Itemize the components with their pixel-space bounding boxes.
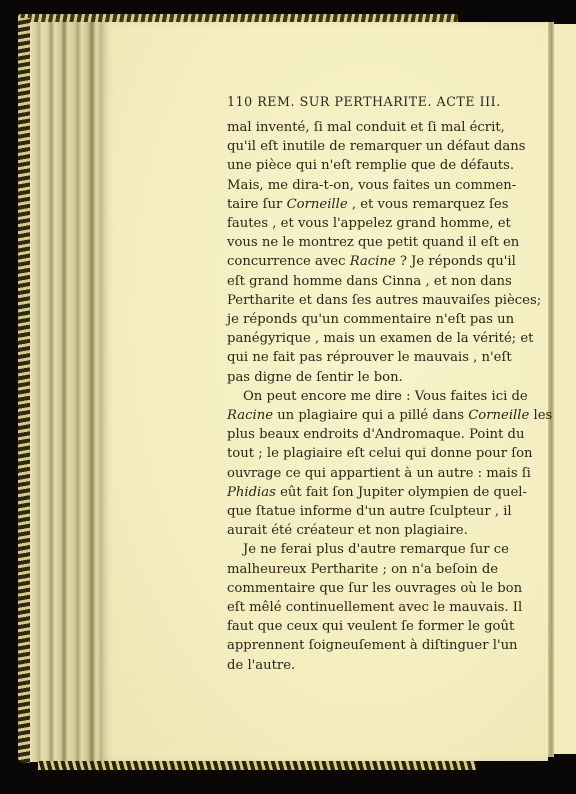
text-line: Pertharite et dans ſes autres mauvaiſes … <box>227 291 470 310</box>
text-line: Phidias eût fait ſon Jupiter olympien de… <box>227 483 470 502</box>
text-line: Racine un plagiaire qui a pillé dans Cor… <box>227 406 470 425</box>
text-line: Mais, me dira-t-on, vous faites un comme… <box>227 176 470 195</box>
text-line: taire ſur Corneille , et vous remarquez … <box>227 195 470 214</box>
text-line: concurrence avec Racine ? Je réponds qu'… <box>227 252 470 271</box>
text-line: eſt mêlé continuellement avec le mauvais… <box>227 598 470 617</box>
text-line: pas digne de ſentir le bon. <box>227 368 470 387</box>
text-line: On peut encore me dire : Vous faites ici… <box>227 387 470 406</box>
text-line: commentaire que ſur les ouvrages où le b… <box>227 579 470 598</box>
page-stack-edges <box>30 22 100 762</box>
text-line: mal inventé, ſi mal conduit et ſi mal éc… <box>227 118 470 137</box>
text-line: qui ne fait pas réprouver le mauvais , n… <box>227 348 470 367</box>
running-head: 110 REM. SUR PERTHARITE. ACTE III. <box>227 94 487 109</box>
gilt-edge-left <box>18 18 30 763</box>
text-line: que ſtatue informe d'un autre ſculpteur … <box>227 502 470 521</box>
text-line: de l'autre. <box>227 656 470 675</box>
body-text: mal inventé, ſi mal conduit et ſi mal éc… <box>227 118 470 675</box>
paragraph-3: Je ne ferai plus d'autre remarque ſur ce… <box>227 540 470 674</box>
text-line: faut que ceux qui veulent ſe former le g… <box>227 617 470 636</box>
gilt-edge-bottom <box>38 761 476 770</box>
facing-page-edge <box>554 24 576 754</box>
text-line: fautes , et vous l'appelez grand homme, … <box>227 214 470 233</box>
text-line: une pièce qui n'eſt remplie que de défau… <box>227 156 470 175</box>
text-line: eſt grand homme dans Cinna , et non dans <box>227 272 470 291</box>
text-line: tout ; le plagiaire eſt celui qui donne … <box>227 444 470 463</box>
text-line: apprennent ſoigneuſement à diſtinguer l'… <box>227 636 470 655</box>
paragraph-1: mal inventé, ſi mal conduit et ſi mal éc… <box>227 118 470 387</box>
text-line: aurait été créateur et non plagiaire. <box>227 521 470 540</box>
text-line: je réponds qu'un commentaire n'eſt pas u… <box>227 310 470 329</box>
text-line: qu'il eſt inutile de remarquer un défaut… <box>227 137 470 156</box>
text-line: malheureux Pertharite ; on n'a beſoin de <box>227 560 470 579</box>
paragraph-2: On peut encore me dire : Vous faites ici… <box>227 387 470 541</box>
text-line: ouvrage ce qui appartient à un autre : m… <box>227 464 470 483</box>
text-line: panégyrique , mais un examen de la vérit… <box>227 329 470 348</box>
text-line: Je ne ferai plus d'autre remarque ſur ce <box>227 540 470 559</box>
text-line: plus beaux endroits d'Andromaque. Point … <box>227 425 470 444</box>
text-line: vous ne le montrez que petit quand il eſ… <box>227 233 470 252</box>
